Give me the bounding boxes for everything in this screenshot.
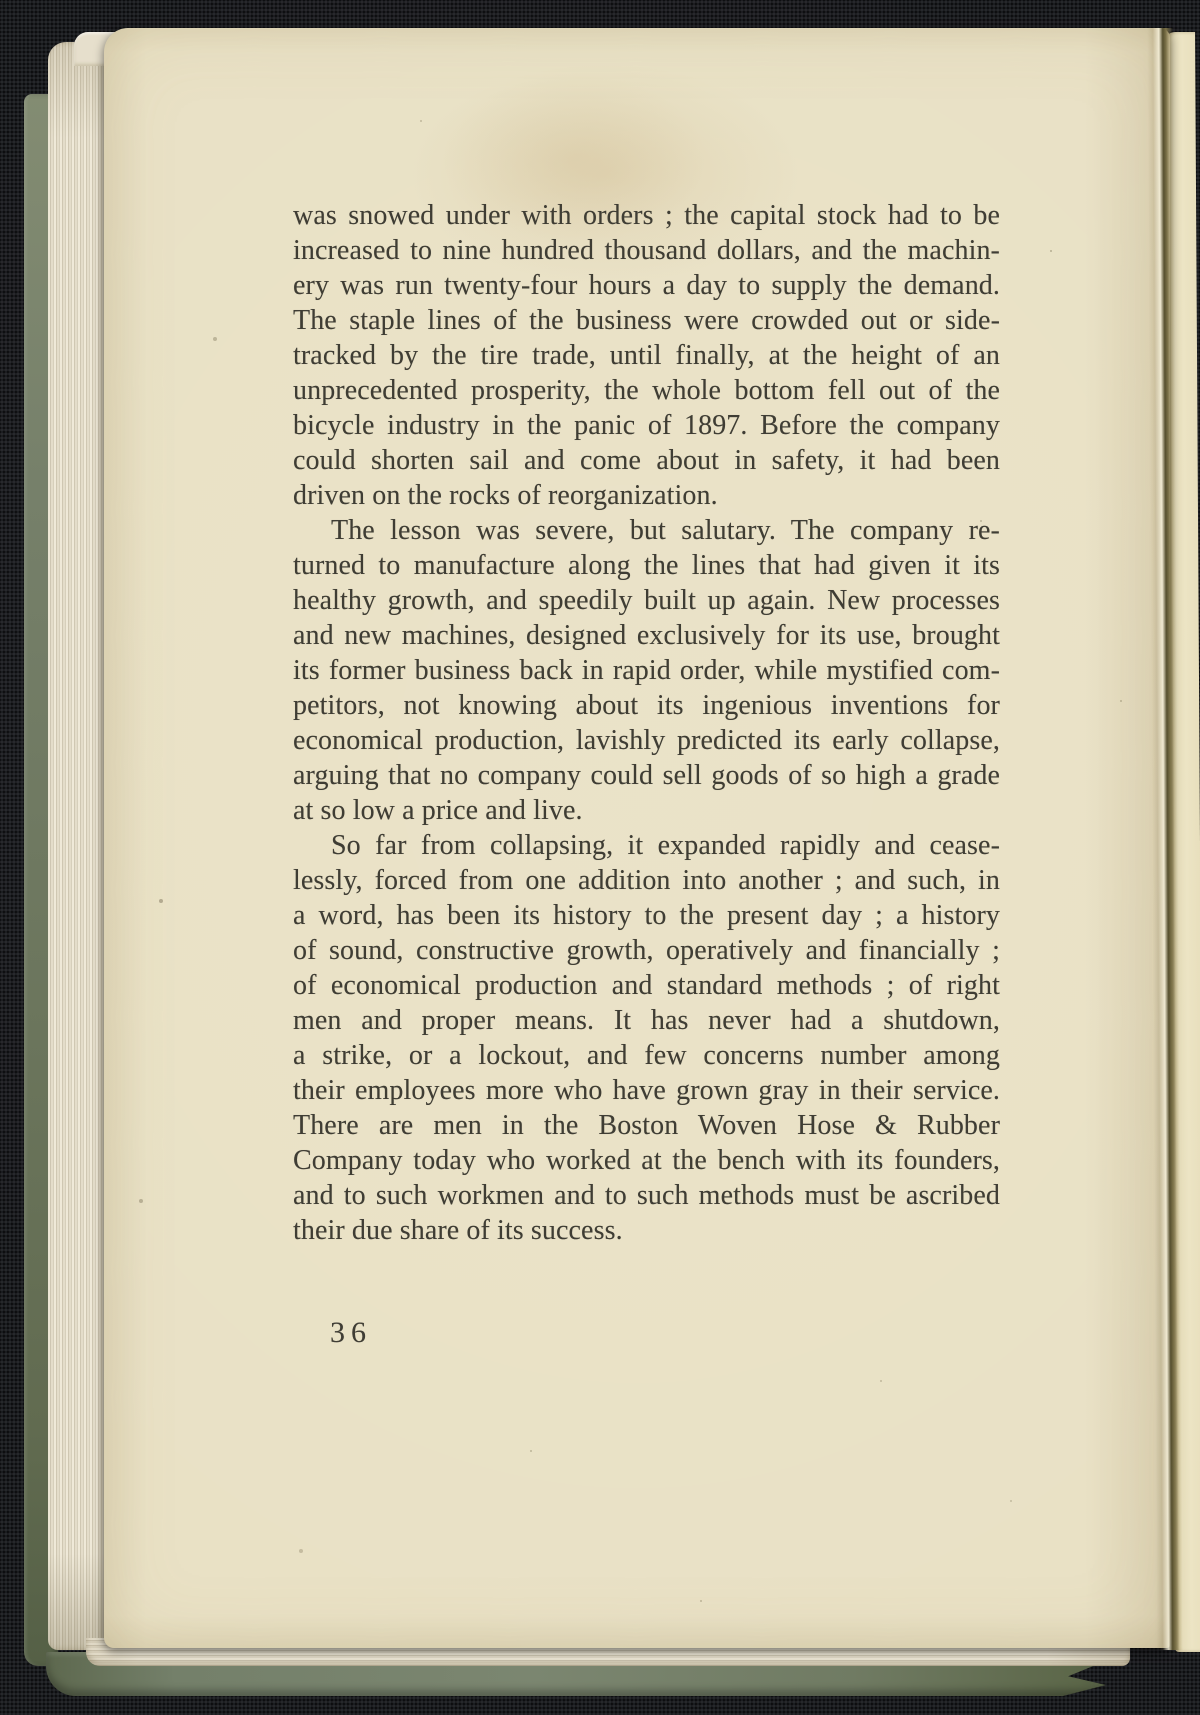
text-line: and new machines, designed exclusively f…	[293, 618, 1000, 653]
text-line: of economical production and standard me…	[293, 968, 1000, 1003]
page-number: 36	[330, 1316, 372, 1350]
text-line: Company today who worked at the bench wi…	[293, 1143, 1000, 1178]
text-line: a word, has been its history to the pres…	[293, 898, 1000, 933]
paragraph: The lesson was severe, but salutary. The…	[293, 513, 1000, 828]
text-line: was snowed under with orders ; the capit…	[293, 198, 1000, 233]
text-line: at so low a price and live.	[293, 793, 1000, 828]
paragraph: So far from collapsing, it expanded rapi…	[293, 828, 1000, 1248]
text-line: healthy growth, and speedily built up ag…	[293, 583, 1000, 618]
text-line: turned to manufacture along the lines th…	[293, 548, 1000, 583]
text-line: of sound, constructive growth, operative…	[293, 933, 1000, 968]
text-line: men and proper means. It has never had a…	[293, 1003, 1000, 1038]
text-line: a strike, or a lockout, and few concerns…	[293, 1038, 1000, 1073]
text-line: lessly, forced from one addition into an…	[293, 863, 1000, 898]
text-line: their employees more who have grown gray…	[293, 1073, 1000, 1108]
text-line: ery was run twenty-four hours a day to s…	[293, 268, 1000, 303]
text-line: There are men in the Boston Woven Hose &…	[293, 1108, 1000, 1143]
text-line: their due share of its success.	[293, 1213, 1000, 1248]
text-line: increased to nine hundred thousand dolla…	[293, 233, 1000, 268]
book-page: was snowed under with orders ; the capit…	[104, 28, 1170, 1648]
book-photo: was snowed under with orders ; the capit…	[0, 0, 1200, 1715]
text-line: its former business back in rapid order,…	[293, 653, 1000, 688]
text-line: The lesson was severe, but salutary. The…	[293, 513, 1000, 548]
text-line: could shorten sail and come about in saf…	[293, 443, 1000, 478]
page-edges-left	[48, 42, 106, 1650]
page-text: was snowed under with orders ; the capit…	[293, 198, 1000, 1248]
text-line: tracked by the tire trade, until finally…	[293, 338, 1000, 373]
text-line: bicycle industry in the panic of 1897. B…	[293, 408, 1000, 443]
text-line: petitors, not knowing about its ingeniou…	[293, 688, 1000, 723]
text-line: driven on the rocks of reorganization.	[293, 478, 1000, 513]
text-line: economical production, lavishly predicte…	[293, 723, 1000, 758]
paragraph: was snowed under with orders ; the capit…	[293, 198, 1000, 513]
text-line: So far from collapsing, it expanded rapi…	[293, 828, 1000, 863]
text-line: The staple lines of the business were cr…	[293, 303, 1000, 338]
text-line: unprecedented prosperity, the whole bott…	[293, 373, 1000, 408]
text-line: arguing that no company could sell goods…	[293, 758, 1000, 793]
text-line: and to such workmen and to such methods …	[293, 1178, 1000, 1213]
